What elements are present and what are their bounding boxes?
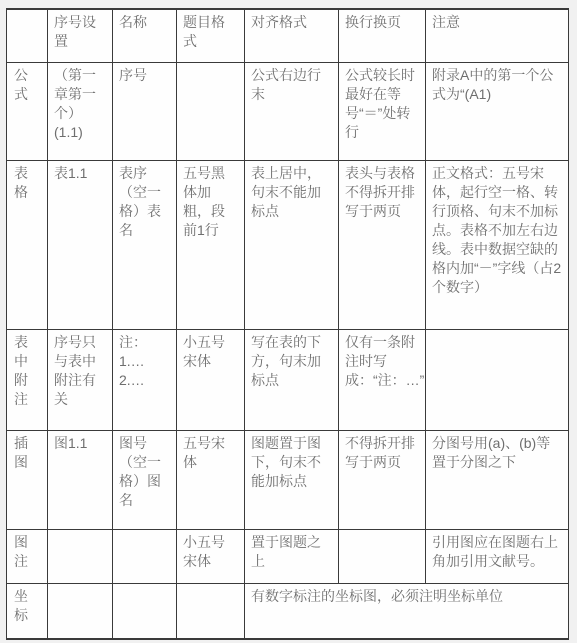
cell-table-numbering: 表1.1 — [48, 160, 113, 329]
cell-formula-align: 公式右边行末 — [245, 62, 339, 160]
cell-table-name: 表序（空一格）表名 — [113, 160, 177, 329]
cell-formula-linebreak: 公式较长时最好在等号“＝”处转行 — [339, 62, 426, 160]
header-cell-name: 名称 — [113, 9, 177, 62]
row-label-axis: 坐标 — [7, 583, 48, 639]
cell-axis-title-format — [177, 583, 245, 639]
cell-tablenote-align: 写在表的下方，句末加标点 — [245, 329, 339, 430]
header-cell-numbering: 序号设置 — [48, 9, 113, 62]
cell-table-title-format: 五号黑体加粗，段前1行 — [177, 160, 245, 329]
row-label-figure: 插图 — [7, 430, 48, 529]
header-cell-title-format: 题目格式 — [177, 9, 245, 62]
header-cell-linebreak: 换行换页 — [339, 9, 426, 62]
cell-tablenote-title-format: 小五号宋体 — [177, 329, 245, 430]
row-formula: 公式 （第一章第一个）(1.1) 序号 公式右边行末 公式较长时最好在等号“＝”… — [7, 62, 569, 160]
header-cell-notes: 注意 — [426, 9, 569, 62]
cell-figure-linebreak: 不得拆开排写于两页 — [339, 430, 426, 529]
cell-caption-numbering — [48, 529, 113, 583]
row-figure-caption: 图注 小五号宋体 置于图题之上 引用图应在图题右上角加引用文献号。 — [7, 529, 569, 583]
cell-table-linebreak: 表头与表格不得拆开排写于两页 — [339, 160, 426, 329]
row-label-figure-caption: 图注 — [7, 529, 48, 583]
cell-tablenote-numbering: 序号只与表中附注有关 — [48, 329, 113, 430]
cell-formula-name: 序号 — [113, 62, 177, 160]
format-rules-table: 序号设置 名称 题目格式 对齐格式 换行换页 注意 公式 （第一章第一个）(1.… — [6, 8, 569, 640]
row-table: 表格 表1.1 表序（空一格）表名 五号黑体加粗，段前1行 表上居中，句末不能加… — [7, 160, 569, 329]
row-label-table-note: 表中附注 — [7, 329, 48, 430]
cell-table-notes: 正文格式：五号宋体，起行空一格、转行顶格、句末不加标点。表格不加左右边线。表中数… — [426, 160, 569, 329]
cell-table-align: 表上居中，句末不能加标点 — [245, 160, 339, 329]
cell-figure-title-format: 五号宋体 — [177, 430, 245, 529]
header-row: 序号设置 名称 题目格式 对齐格式 换行换页 注意 — [7, 9, 569, 62]
cell-axis-numbering — [48, 583, 113, 639]
cell-axis-merged-note: 有数字标注的坐标图，必须注明坐标单位 — [245, 583, 569, 639]
header-cell-corner — [7, 9, 48, 62]
cell-figure-align: 图题置于图下，句末不能加标点 — [245, 430, 339, 529]
cell-tablenote-name: 注： 1.… 2.… — [113, 329, 177, 430]
row-figure: 插图 图1.1 图号（空一格）图名 五号宋体 图题置于图下，句末不能加标点 不得… — [7, 430, 569, 529]
cell-formula-notes: 附录A中的第一个公式为“(A1) — [426, 62, 569, 160]
cell-formula-numbering: （第一章第一个）(1.1) — [48, 62, 113, 160]
row-label-formula: 公式 — [7, 62, 48, 160]
cell-caption-notes: 引用图应在图题右上角加引用文献号。 — [426, 529, 569, 583]
cell-figure-notes: 分图号用(a)、(b)等置于分图之下 — [426, 430, 569, 529]
document-page: 序号设置 名称 题目格式 对齐格式 换行换页 注意 公式 （第一章第一个）(1.… — [0, 0, 577, 643]
header-cell-align-format: 对齐格式 — [245, 9, 339, 62]
row-axis: 坐标 有数字标注的坐标图，必须注明坐标单位 — [7, 583, 569, 639]
cell-axis-name — [113, 583, 177, 639]
cell-caption-align: 置于图题之上 — [245, 529, 339, 583]
row-table-note: 表中附注 序号只与表中附注有关 注： 1.… 2.… 小五号宋体 写在表的下方，… — [7, 329, 569, 430]
cell-caption-linebreak — [339, 529, 426, 583]
cell-figure-numbering: 图1.1 — [48, 430, 113, 529]
cell-tablenote-linebreak: 仅有一条附注时写成：“注：…” — [339, 329, 426, 430]
cell-formula-title-format — [177, 62, 245, 160]
cell-figure-name: 图号（空一格）图名 — [113, 430, 177, 529]
cell-caption-name — [113, 529, 177, 583]
cell-tablenote-notes — [426, 329, 569, 430]
row-label-table: 表格 — [7, 160, 48, 329]
cell-caption-title-format: 小五号宋体 — [177, 529, 245, 583]
